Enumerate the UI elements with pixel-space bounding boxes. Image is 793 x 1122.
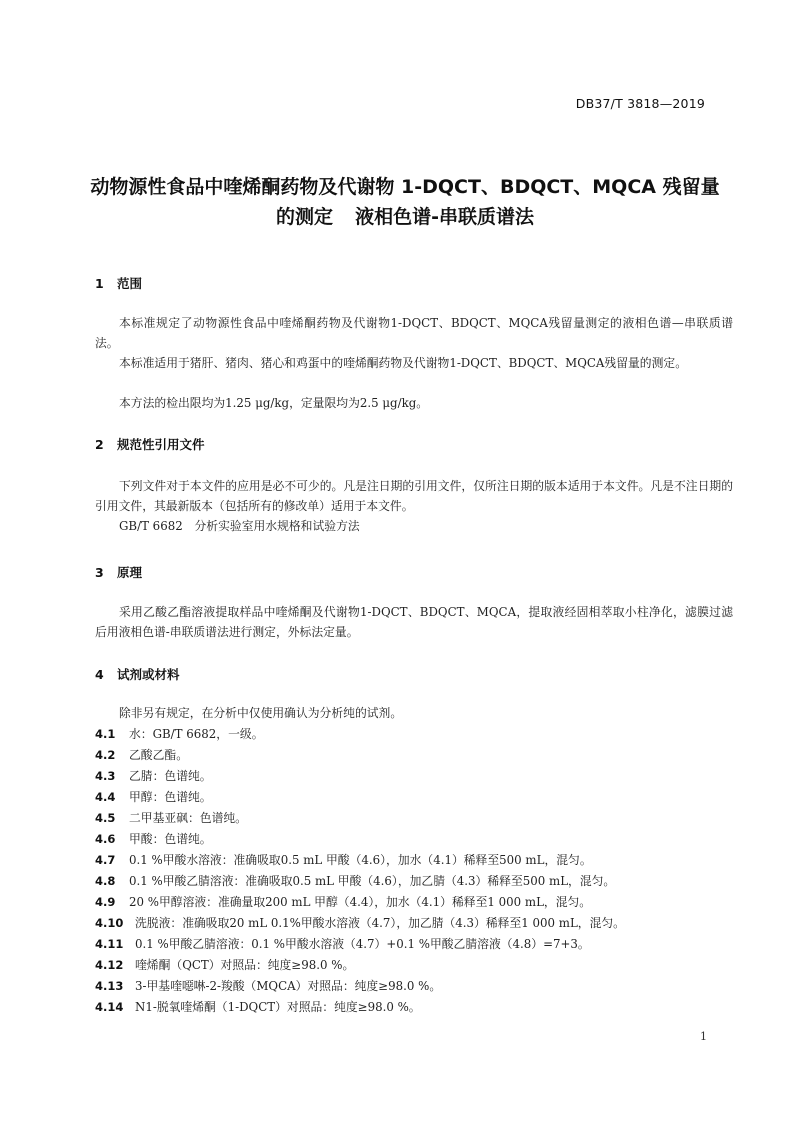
document-title: 动物源性食品中喹烯酮药物及代谢物 1-DQCT、BDQCT、MQCA 残留量 的… (80, 172, 730, 232)
section-heading-normative-references: 2规范性引用文件 (95, 435, 205, 453)
list-item: 4.1水：GB/T 6682，一级。 (95, 724, 264, 744)
list-item: 4.920 %甲醇溶液：准确量取200 mL 甲醇（4.4），加水（4.1）稀释… (95, 892, 591, 912)
list-item: 4.110.1 %甲酸乙腈溶液：0.1 %甲酸水溶液（4.7）+0.1 %甲酸乙… (95, 934, 590, 954)
list-item: 4.12喹烯酮（QCT）对照品：纯度≥98.0 %。 (95, 955, 354, 975)
list-item: 4.10洗脱液：准确吸取20 mL 0.1%甲酸水溶液（4.7），加乙腈（4.3… (95, 913, 625, 933)
list-item: 4.80.1 %甲酸乙腈溶液：准确吸取0.5 mL 甲酸（4.6），加乙腈（4.… (95, 871, 615, 891)
list-item: 4.70.1 %甲酸水溶液：准确吸取0.5 mL 甲酸（4.6），加水（4.1）… (95, 850, 592, 870)
section-intro: 除非另有规定，在分析中仅使用确认为分析纯的试剂。 (119, 703, 402, 723)
list-item: 4.3乙腈：色谱纯。 (95, 766, 212, 786)
standard-code: DB37/T 3818—2019 (576, 96, 705, 111)
title-line-2: 的测定液相色谱-串联质谱法 (80, 202, 730, 232)
list-item: 4.5二甲基亚砜：色谱纯。 (95, 808, 247, 828)
paragraph: 采用乙酸乙酯溶液提取样品中喹烯酮及代谢物1-DQCT、BDQCT、MQCA，提取… (95, 602, 733, 642)
paragraph: 下列文件对于本文件的应用是必不可少的。凡是注日期的引用文件，仅所注日期的版本适用… (95, 476, 733, 516)
paragraph: 本标准适用于猪肝、猪肉、猪心和鸡蛋中的喹烯酮药物及代谢物1-DQCT、BDQCT… (95, 353, 733, 373)
list-item: 4.14N1-脱氧喹烯酮（1-DQCT）对照品：纯度≥98.0 %。 (95, 997, 421, 1017)
list-item: 4.133-甲基喹噁啉-2-羧酸（MQCA）对照品：纯度≥98.0 %。 (95, 976, 441, 996)
document-page: DB37/T 3818—2019 动物源性食品中喹烯酮药物及代谢物 1-DQCT… (0, 0, 793, 1122)
page-number: 1 (700, 1030, 707, 1043)
reference-item: GB/T 6682 分析实验室用水规格和试验方法 (119, 516, 360, 536)
paragraph: 本方法的检出限均为1.25 μg/kg，定量限均为2.5 μg/kg。 (95, 393, 733, 413)
paragraph: 本标准规定了动物源性食品中喹烯酮药物及代谢物1-DQCT、BDQCT、MQCA残… (95, 313, 733, 353)
section-heading-scope: 1范围 (95, 274, 142, 292)
section-heading-principle: 3原理 (95, 563, 142, 581)
title-line-1: 动物源性食品中喹烯酮药物及代谢物 1-DQCT、BDQCT、MQCA 残留量 (90, 176, 719, 198)
list-item: 4.2乙酸乙酯。 (95, 745, 188, 765)
section-heading-reagents: 4试剂或材料 (95, 665, 180, 683)
list-item: 4.4甲醇：色谱纯。 (95, 787, 212, 807)
list-item: 4.6甲酸：色谱纯。 (95, 829, 212, 849)
